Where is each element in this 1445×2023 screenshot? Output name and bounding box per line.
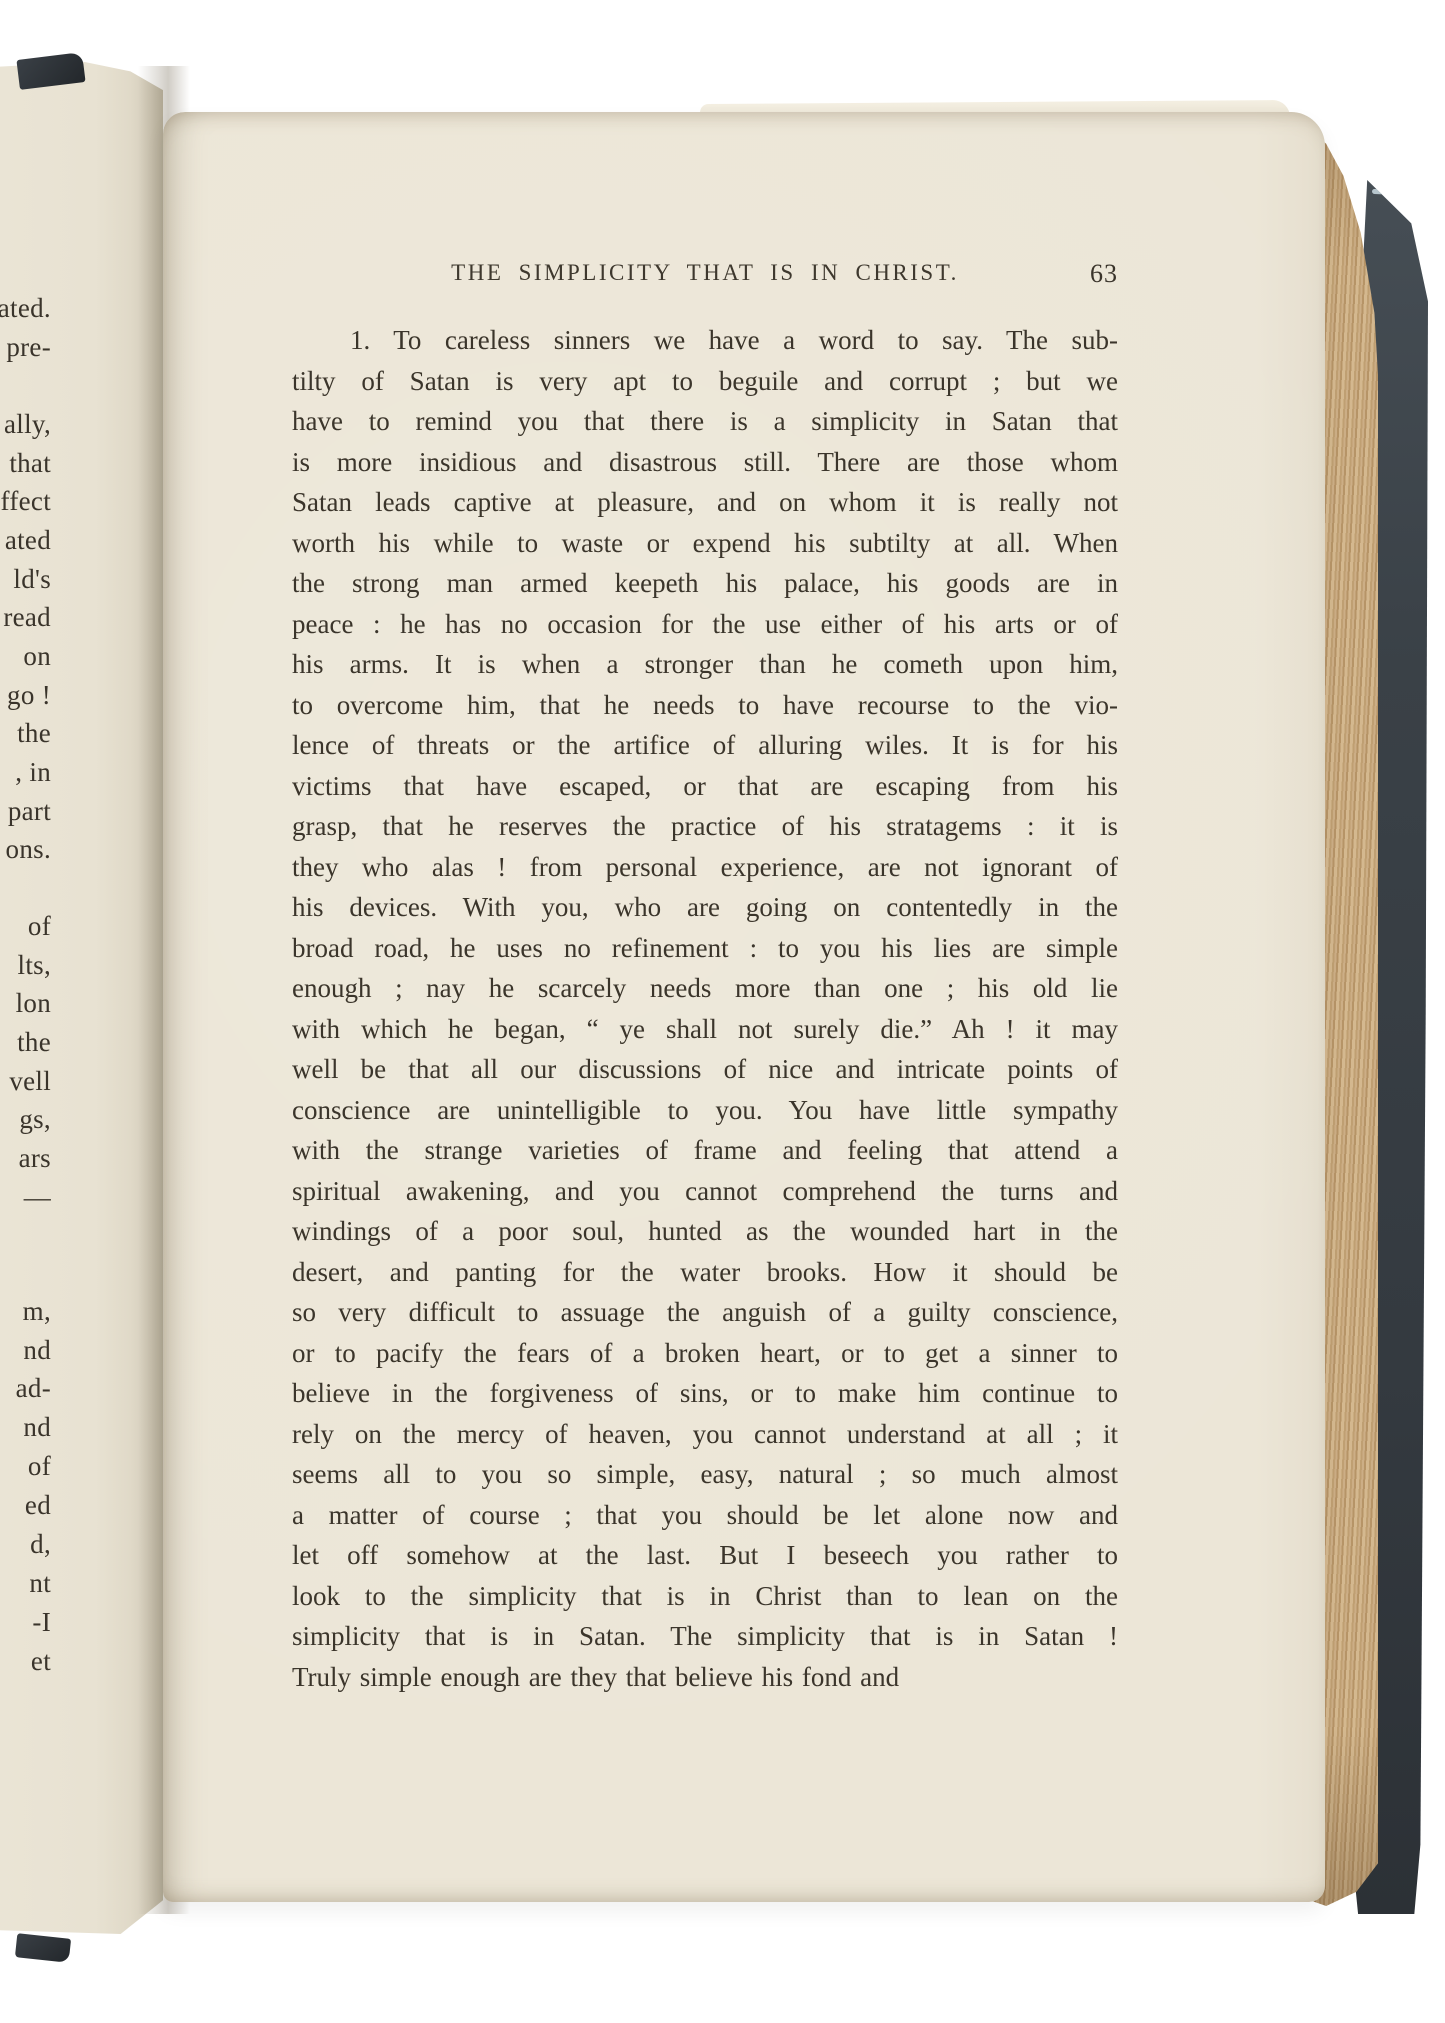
body-text-line: so very difficult to assuage the anguish…: [292, 1292, 1118, 1333]
body-text-line: enough ; nay he scarcely needs more than…: [292, 968, 1118, 1009]
body-text-line: the strong man armed keepeth his palace,…: [292, 563, 1118, 604]
left-page-line-ending: gs,: [19, 1099, 51, 1139]
page-number: 63: [1090, 259, 1118, 289]
body-text-line: they who alas ! from personal experience…: [292, 847, 1118, 888]
body-text-line: believe in the forgiveness of sins, or t…: [292, 1373, 1118, 1414]
left-page-line-ending: ffect: [1, 481, 51, 521]
body-text-line: to overcome him, that he needs to have r…: [292, 685, 1118, 726]
body-text-line: is more insidious and disastrous still. …: [292, 442, 1118, 483]
left-page-line-ending: -I: [32, 1602, 51, 1642]
left-page-line-ending: pre-: [6, 327, 51, 367]
left-page-line-ending: lon: [16, 983, 51, 1023]
body-text-line: or to pacify the fears of a broken heart…: [292, 1333, 1118, 1374]
body-text-line: well be that all our discussions of nice…: [292, 1049, 1118, 1090]
body-text-line: seems all to you so simple, easy, natura…: [292, 1454, 1118, 1495]
body-text-line: his arms. It is when a stronger than he …: [292, 644, 1118, 685]
left-page-line-ending: nd: [23, 1407, 51, 1447]
left-page-line-ending: ally,: [4, 404, 51, 444]
left-page-line-ending: ons.: [6, 829, 51, 869]
body-text-line: look to the simplicity that is in Christ…: [292, 1576, 1118, 1617]
left-page-line-ending: ated.: [0, 288, 51, 328]
left-page-line-ending: —: [24, 1177, 51, 1217]
left-page-line-ending: ated: [5, 520, 51, 560]
body-text-block: 1. To careless sinners we have a word to…: [292, 320, 1118, 1697]
body-text-line: grasp, that he reserves the practice of …: [292, 806, 1118, 847]
left-page-line-ending: on: [23, 636, 51, 676]
body-text-line: let off somehow at the last. But I besee…: [292, 1535, 1118, 1576]
left-page-line-ending: part: [8, 791, 51, 831]
left-page-line-ending: lts,: [18, 945, 51, 985]
body-text-line: a matter of course ; that you should be …: [292, 1495, 1118, 1536]
body-text-line: victims that have escaped, or that are e…: [292, 766, 1118, 807]
left-page-line-ending: read: [3, 597, 51, 637]
body-text-line: with which he began, “ ye shall not sure…: [292, 1009, 1118, 1050]
body-text-line: worth his while to waste or expend his s…: [292, 523, 1118, 564]
body-text-line: lence of threats or the artifice of allu…: [292, 725, 1118, 766]
left-page-line-ending: d,: [30, 1524, 51, 1564]
body-text-line: desert, and panting for the water brooks…: [292, 1252, 1118, 1293]
left-page-line-ending: that: [9, 443, 51, 483]
left-page-line-ending: nd: [23, 1330, 51, 1370]
right-page: THE SIMPLICITY THAT IS IN CHRIST. 63 1. …: [163, 112, 1325, 1902]
body-text-line: rely on the mercy of heaven, you cannot …: [292, 1414, 1118, 1455]
body-text-line: broad road, he uses no refinement : to y…: [292, 928, 1118, 969]
left-page-line-ending: the: [17, 713, 51, 753]
body-text-line: his devices. With you, who are going on …: [292, 887, 1118, 928]
body-text-line: spiritual awakening, and you cannot comp…: [292, 1171, 1118, 1212]
left-page-line-ending: of: [28, 1446, 51, 1486]
left-page-line-ending: m,: [23, 1291, 51, 1331]
left-page-line-ending: ad-: [16, 1368, 51, 1408]
left-page-text-column: ated.pre-ally,thatffectatedld'sreadongo …: [0, 0, 53, 2023]
body-text-line: conscience are unintelligible to you. Yo…: [292, 1090, 1118, 1131]
body-text-line: peace : he has no occasion for the use e…: [292, 604, 1118, 645]
running-title: THE SIMPLICITY THAT IS IN CHRIST.: [292, 258, 1118, 288]
left-page-line-ending: vell: [9, 1061, 51, 1101]
left-page-line-ending: ld's: [13, 559, 51, 599]
body-text-line: windings of a poor soul, hunted as the w…: [292, 1211, 1118, 1252]
left-page-line-ending: nt: [29, 1563, 51, 1603]
body-text-line: Truly simple enough are they that believ…: [292, 1657, 1118, 1698]
body-text-line: have to remind you that there is a simpl…: [292, 401, 1118, 442]
left-page-line-ending: go !: [7, 675, 51, 715]
left-page-line-ending: of: [28, 906, 51, 946]
body-text-line: 1. To careless sinners we have a word to…: [292, 320, 1118, 361]
left-page-line-ending: ars: [19, 1138, 51, 1178]
body-text-line: with the strange varieties of frame and …: [292, 1130, 1118, 1171]
left-page-line-ending: the: [17, 1022, 51, 1062]
body-text-line: Satan leads captive at pleasure, and on …: [292, 482, 1118, 523]
book-photo: ated.pre-ally,thatffectatedld'sreadongo …: [0, 0, 1445, 2023]
page-header: THE SIMPLICITY THAT IS IN CHRIST. 63: [292, 258, 1118, 290]
body-text-line: simplicity that is in Satan. The simplic…: [292, 1616, 1118, 1657]
left-page-line-ending: , in: [15, 752, 51, 792]
body-text-line: tilty of Satan is very apt to beguile an…: [292, 361, 1118, 402]
left-page-line-ending: et: [31, 1641, 51, 1681]
cover-cloth-highlight: [1372, 189, 1424, 196]
left-page-line-ending: ed: [25, 1485, 51, 1525]
